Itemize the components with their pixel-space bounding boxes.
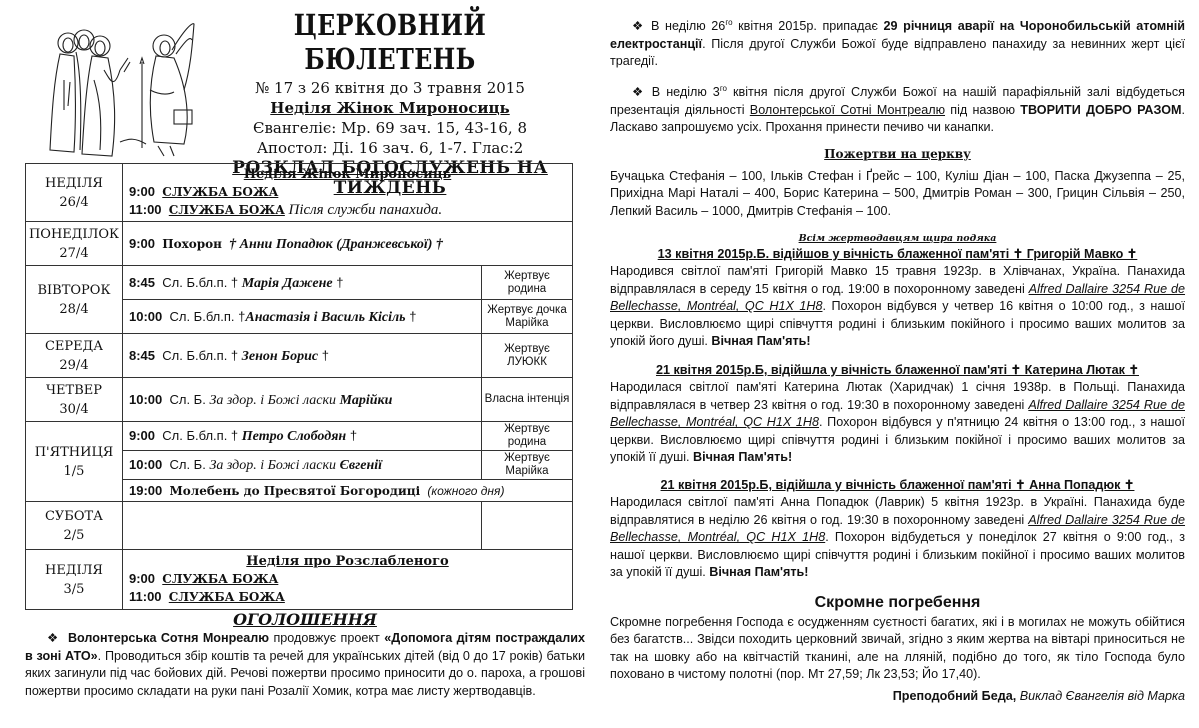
gospel-reading: Євангеліє: Мр. 69 зач. 15, 43-16, 8: [190, 118, 590, 138]
table-row: ВІВТОРОК 28/4 8:45 Сл. Б.бл.п. † Марія Д…: [26, 266, 573, 300]
closing: Вічная Пам'ять!: [711, 334, 810, 348]
service-cell: Неділя про Розслабленого 9:00 СЛУЖБА БОЖ…: [123, 550, 573, 610]
service-time: 10:00: [129, 457, 162, 472]
service-type: Сл. Б.: [169, 457, 205, 472]
service-cell: Неділя Жінок Мироносиць 9:00 СЛУЖБА БОЖА…: [123, 164, 573, 222]
myrrhbearers-icon: [24, 10, 196, 160]
citation-author: Преподобний Беда,: [893, 689, 1017, 703]
service-time: 11:00: [129, 589, 162, 604]
citation-source: Виклад Євангелія від Марка: [1016, 689, 1185, 703]
diamond-bullet-icon: ❖: [632, 19, 645, 33]
service-label: Похорон: [162, 237, 222, 251]
day-name: НЕДІЛЯ: [26, 174, 122, 193]
service-cell: [123, 502, 482, 550]
cross-mark: †: [350, 428, 357, 443]
text: . Проводиться збір коштів та речей для у…: [25, 649, 585, 698]
highlight: ТВОРИТИ ДОБРО РАЗОМ: [1020, 103, 1181, 117]
service-name: Зенон Борис: [242, 349, 318, 364]
bulletin-title: ЦЕРКОВНИЙ БЮЛЕТЕНЬ: [226, 8, 554, 76]
table-row: НЕДІЛЯ 3/5 Неділя про Розслабленого 9:00…: [26, 550, 573, 610]
service-label: СЛУЖБА БОЖА: [169, 203, 285, 217]
service-cell: 9:00 Сл. Б.бл.п. † Петро Слободян †: [123, 422, 482, 451]
day-name: ВІВТОРОК: [26, 281, 122, 300]
text: продовжує проект: [269, 631, 384, 645]
cross-mark: †: [336, 275, 343, 290]
day-name: ЧЕТВЕР: [26, 381, 122, 400]
service-intent: За здор. і Божі ласки: [209, 458, 336, 473]
table-row: СЕРЕДА 29/4 8:45 Сл. Б.бл.п. † Зенон Бор…: [26, 334, 573, 378]
service-name: Євгенії: [340, 458, 382, 473]
donor-cell: Жертвує дочка Марійка: [482, 300, 573, 334]
day-name: ПОНЕДІЛОК: [26, 225, 122, 244]
closing: Вічная Пам'ять!: [709, 565, 808, 579]
table-row: ПОНЕДІЛОК 27/4 9:00 Похорон † Анни Попад…: [26, 222, 573, 266]
table-row: П'ЯТНИЦЯ 1/5 9:00 Сл. Б.бл.п. † Петро Сл…: [26, 422, 573, 451]
service-type: Сл. Б.бл.п. †: [162, 348, 238, 363]
day-cell: НЕДІЛЯ 26/4: [26, 164, 123, 222]
day-cell: НЕДІЛЯ 3/5: [26, 550, 123, 610]
obituary: 13 квітня 2015р.Б. відійшов у вічність б…: [610, 246, 1185, 350]
announcements-title: ОГОЛОШЕННЯ: [25, 610, 585, 629]
service-label: Молебень до Пресвятої Богородиці: [169, 484, 420, 498]
service-cell: 10:00 Сл. Б. За здор. і Божі ласки Євген…: [123, 451, 482, 480]
day-cell: СУБОТА 2/5: [26, 502, 123, 550]
text: квітня 2015р. припадає: [733, 19, 884, 33]
day-cell: ПОНЕДІЛОК 27/4: [26, 222, 123, 266]
service-time: 8:45: [129, 348, 155, 363]
issue-number: № 17 з 26 квітня до 3 травня 2015: [190, 78, 590, 98]
obituary-heading: 21 квітня 2015р.Б, відійшла у вічність б…: [610, 477, 1185, 494]
obituary: 21 квітня 2015р.Б, відійшла у вічність б…: [610, 477, 1185, 581]
service-time: 9:00: [129, 428, 155, 443]
right-column: ❖ В неділю 26го квітня 2015р. припадає 2…: [610, 0, 1185, 728]
day-date: 3/5: [26, 580, 122, 599]
left-column: ЦЕРКОВНИЙ БЮЛЕТЕНЬ № 17 з 26 квітня до 3…: [0, 0, 595, 728]
closing: Вічная Пам'ять!: [693, 450, 792, 464]
day-name: НЕДІЛЯ: [26, 561, 122, 580]
service-time: 9:00: [129, 184, 155, 199]
service-time: 10:00: [129, 392, 162, 407]
service-cell: 8:45 Сл. Б.бл.п. † Марія Дажене †: [123, 266, 482, 300]
table-row: ЧЕТВЕР 30/4 10:00 Сл. Б. За здор. і Божі…: [26, 378, 573, 422]
service-name: Петро Слободян: [242, 429, 346, 444]
donor-cell: Жертвує ЛУЮКК: [482, 334, 573, 378]
announcement-item: ❖ В неділю 26го квітня 2015р. припадає 2…: [610, 14, 1185, 70]
service-cell: 10:00 Сл. Б. За здор. і Божі ласки Марій…: [123, 378, 482, 422]
service-name: Анастазія і Василь Кісіль: [245, 310, 405, 325]
org-name: Волонтерської Сотні Монтреалю: [750, 103, 945, 117]
diamond-bullet-icon: ❖: [632, 85, 646, 99]
day-name: СЕРЕДА: [26, 337, 122, 356]
superscript: го: [720, 84, 727, 93]
diamond-bullet-icon: ❖: [47, 631, 59, 645]
service-cell: 19:00 Молебень до Пресвятої Богородиці (…: [123, 480, 573, 502]
text: під назвою: [945, 103, 1020, 117]
org-name: Волонтерська Сотня Монреалю: [68, 631, 269, 645]
service-name: Марія Дажене: [242, 276, 333, 291]
service-type: Сл. Б.бл.п. †: [162, 428, 238, 443]
service-label: СЛУЖБА БОЖА: [162, 185, 278, 199]
day-cell: СЕРЕДА 29/4: [26, 334, 123, 378]
day-date: 27/4: [26, 244, 122, 263]
schedule-table: НЕДІЛЯ 26/4 Неділя Жінок Мироносиць 9:00…: [25, 163, 573, 610]
text: В неділю 3: [646, 85, 720, 99]
obituary-heading: 13 квітня 2015р.Б. відійшов у вічність б…: [610, 246, 1185, 263]
day-date: 30/4: [26, 400, 122, 419]
day-cell: ЧЕТВЕР 30/4: [26, 378, 123, 422]
day-cell: П'ЯТНИЦЯ 1/5: [26, 422, 123, 502]
donor-cell: Жертвує родина: [482, 422, 573, 451]
obituary-heading: 21 квітня 2015р.Б, відійшла у вічність б…: [610, 362, 1185, 379]
day-date: 26/4: [26, 193, 122, 212]
table-row: СУБОТА 2/5: [26, 502, 573, 550]
donor-cell: [482, 502, 573, 550]
service-label: СЛУЖБА БОЖА: [162, 572, 278, 586]
day-name: СУБОТА: [26, 507, 122, 526]
service-note: (кожного дня): [427, 484, 504, 498]
obituary: 21 квітня 2015р.Б, відійшла у вічність б…: [610, 362, 1185, 466]
cross-mark: †: [322, 348, 329, 363]
service-name: Марійки: [340, 393, 393, 408]
donations-title: Пожертви на церкву: [610, 146, 1185, 163]
service-time: 11:00: [129, 202, 162, 217]
service-intent: За здор. і Божі ласки: [209, 393, 336, 408]
service-time: 19:00: [129, 483, 162, 498]
service-cell: 9:00 Похорон † Анни Попадюк (Дранжевсько…: [123, 222, 573, 266]
reflection-citation: Преподобний Беда, Виклад Євангелія від М…: [893, 688, 1185, 705]
reflection-body: Скромне погребення Господа є осудженням …: [610, 614, 1185, 684]
service-cell: 8:45 Сл. Б.бл.п. † Зенон Борис †: [123, 334, 482, 378]
service-cell: 10:00 Сл. Б.бл.п. †Анастазія і Василь Кі…: [123, 300, 482, 334]
day-date: 28/4: [26, 300, 122, 319]
donor-cell: Жертвує родина: [482, 266, 573, 300]
text: В неділю 26: [645, 19, 725, 33]
day-date: 2/5: [26, 526, 122, 545]
service-time: 9:00: [129, 571, 155, 586]
service-label: СЛУЖБА БОЖА: [169, 590, 285, 604]
announcement-item: ❖ В неділю 3го квітня після другої Служб…: [610, 80, 1185, 136]
sunday-name: Неділя Жінок Мироносиць: [190, 98, 590, 118]
cross-mark: †: [409, 309, 416, 324]
service-type: Сл. Б.бл.п. †: [169, 309, 245, 324]
donors-thanks: Всім жертводавцям щира подяка: [610, 230, 1185, 247]
donations-list: Бучацька Стефанія – 100, Ільків Стефан і…: [610, 168, 1185, 220]
table-row: НЕДІЛЯ 26/4 Неділя Жінок Мироносиць 9:00…: [26, 164, 573, 222]
service-type: Сл. Б.бл.п. †: [162, 275, 238, 290]
service-name: † Анни Попадюк (Дранжевської) †: [229, 237, 443, 252]
service-heading: Неділя про Розслабленого: [129, 553, 566, 570]
superscript: го: [725, 18, 732, 27]
day-name: П'ЯТНИЦЯ: [26, 443, 122, 462]
donor-cell: Жертвує Марійка: [482, 451, 573, 480]
service-time: 10:00: [129, 309, 162, 324]
reflection-title: Скромне погребення: [610, 594, 1185, 611]
service-type: Сл. Б.: [169, 392, 205, 407]
day-date: 29/4: [26, 356, 122, 375]
announcement-item: ❖ Волонтерська Сотня Монреалю продовжує …: [25, 630, 585, 700]
day-date: 1/5: [26, 462, 122, 481]
service-time: 9:00: [129, 236, 155, 251]
day-cell: ВІВТОРОК 28/4: [26, 266, 123, 334]
service-time: 8:45: [129, 275, 155, 290]
donor-cell: Власна інтенція: [482, 378, 573, 422]
service-heading: Неділя Жінок Мироносиць: [129, 166, 566, 183]
apostle-reading: Апостол: Ді. 16 зач. 6, 1-7. Глас:2: [190, 138, 590, 158]
service-note: Після служби панахида.: [288, 202, 442, 218]
